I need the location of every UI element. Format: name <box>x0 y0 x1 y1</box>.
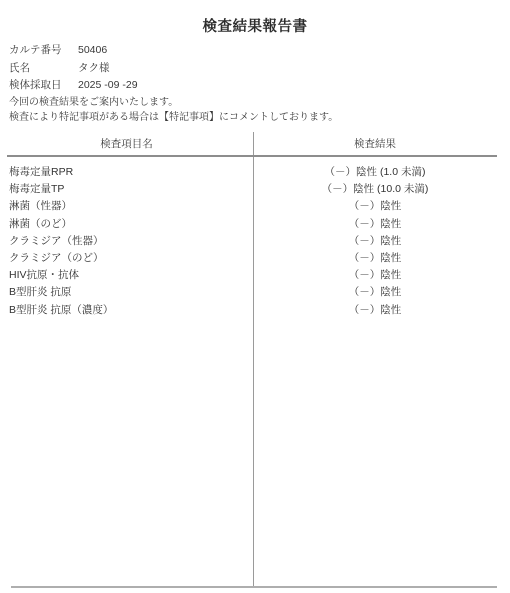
test-item-name: B型肝炎 抗原（濃度） <box>0 302 253 317</box>
table-row: 淋菌（性器） （－）陰性 <box>0 197 510 214</box>
test-result-value: （－）陰性 (10.0 未満) <box>253 181 497 196</box>
bottom-rule-line <box>11 586 497 588</box>
column-divider-line <box>253 132 254 588</box>
meta-value: 50406 <box>78 44 107 56</box>
meta-label: 検体採取日 <box>9 77 78 92</box>
test-item-name: 淋菌（のど） <box>0 216 253 231</box>
report-page: 検査結果報告書 カルテ番号 50406 氏名 タク様 検体採取日 2025 -0… <box>0 0 510 593</box>
results-table: 検査項目名 検査結果 梅毒定量RPR （－）陰性 (1.0 未満) 梅毒定量TP… <box>0 132 510 588</box>
meta-row: 氏名 タク様 <box>9 59 138 77</box>
intro-line: 今回の検査結果をご案内いたします。 <box>9 96 338 111</box>
test-item-name: 淋菌（性器） <box>0 198 253 213</box>
test-result-value: （－）陰性 <box>253 284 497 299</box>
table-row: クラミジア（のど） （－）陰性 <box>0 249 510 266</box>
column-header-test-item: 検査項目名 <box>0 136 253 151</box>
test-result-value: （－）陰性 <box>253 267 497 282</box>
header-rule-line <box>7 155 497 157</box>
meta-row: カルテ番号 50406 <box>9 41 138 59</box>
test-item-name: HIV抗原・抗体 <box>0 267 253 282</box>
test-item-name: 梅毒定量TP <box>0 181 253 196</box>
meta-value: 2025 -09 -29 <box>78 79 138 91</box>
test-item-name: クラミジア（のど） <box>0 250 253 265</box>
table-row: B型肝炎 抗原（濃度） （－）陰性 <box>0 301 510 318</box>
test-item-name: 梅毒定量RPR <box>0 164 253 179</box>
table-row: HIV抗原・抗体 （－）陰性 <box>0 266 510 283</box>
meta-label: 氏名 <box>9 60 78 75</box>
test-result-value: （－）陰性 <box>253 198 497 213</box>
test-item-name: クラミジア（性器） <box>0 233 253 248</box>
intro-text: 今回の検査結果をご案内いたします。 検査により特記事項がある場合は【特記事項】に… <box>9 96 338 125</box>
table-row: 梅毒定量TP （－）陰性 (10.0 未満) <box>0 180 510 197</box>
column-header-test-result: 検査結果 <box>253 136 497 151</box>
test-result-value: （－）陰性 <box>253 233 497 248</box>
patient-meta: カルテ番号 50406 氏名 タク様 検体採取日 2025 -09 -29 <box>9 41 138 94</box>
test-item-name: B型肝炎 抗原 <box>0 284 253 299</box>
intro-line: 検査により特記事項がある場合は【特記事項】にコメントしております。 <box>9 111 338 126</box>
meta-value: タク様 <box>78 60 110 75</box>
test-result-value: （－）陰性 <box>253 250 497 265</box>
meta-label: カルテ番号 <box>9 42 78 57</box>
test-result-value: （－）陰性 (1.0 未満) <box>253 164 497 179</box>
table-row: クラミジア（性器） （－）陰性 <box>0 232 510 249</box>
test-result-value: （－）陰性 <box>253 216 497 231</box>
table-row: 梅毒定量RPR （－）陰性 (1.0 未満) <box>0 163 510 180</box>
table-body: 梅毒定量RPR （－）陰性 (1.0 未満) 梅毒定量TP （－）陰性 (10.… <box>0 157 510 318</box>
test-result-value: （－）陰性 <box>253 302 497 317</box>
table-row: 淋菌（のど） （－）陰性 <box>0 215 510 232</box>
table-row: B型肝炎 抗原 （－）陰性 <box>0 283 510 300</box>
report-title: 検査結果報告書 <box>0 15 510 36</box>
table-header-row: 検査項目名 検査結果 <box>0 132 510 155</box>
meta-row: 検体採取日 2025 -09 -29 <box>9 76 138 94</box>
